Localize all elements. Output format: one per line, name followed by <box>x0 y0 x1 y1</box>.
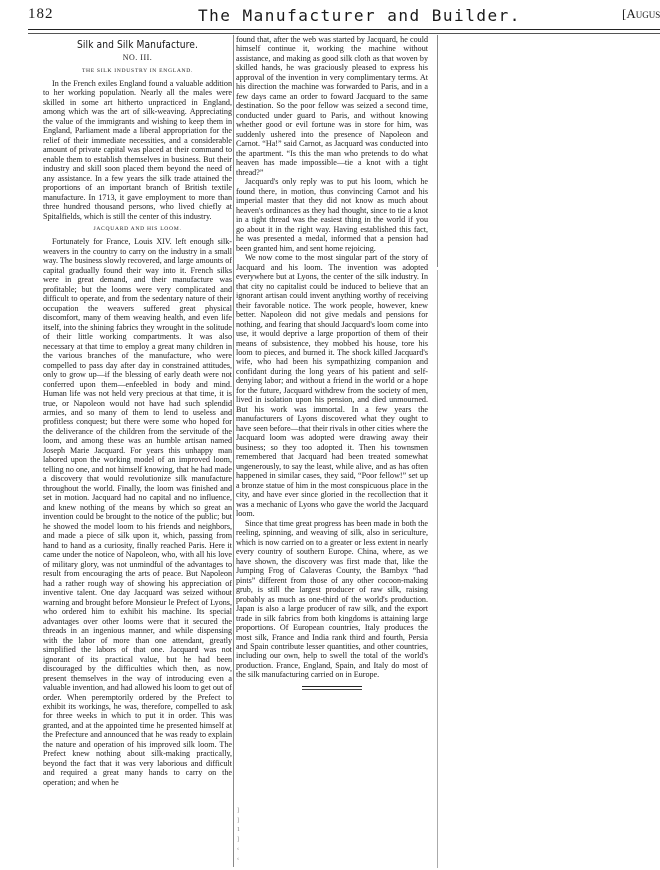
margin-marks: ]]1]‹‹ <box>237 807 240 864</box>
article-title: Silk and Silk Manufacture. <box>54 38 220 52</box>
header-rule <box>28 29 660 34</box>
section-heading-jacquard-loom: JACQUARD AND HIS LOOM. <box>43 225 232 234</box>
column-left: Silk and Silk Manufacture. NO. III. THE … <box>43 35 232 787</box>
column-middle: found that, after the web was started by… <box>236 35 428 690</box>
column-divider <box>233 35 234 867</box>
paragraph: Jacquard's only reply was to put his loo… <box>236 177 428 253</box>
paragraph: In the French exiles England found a val… <box>43 79 232 221</box>
paragraph: found that, after the web was started by… <box>236 35 428 177</box>
page-header: 182 The Manufacturer and Builder. [Augus… <box>28 6 660 28</box>
paragraph: Since that time great progress has been … <box>236 519 428 680</box>
paragraph: Fortunately for France, Louis XIV. left … <box>43 237 232 787</box>
journal-title: The Manufacturer and Builder. <box>198 6 521 25</box>
issue-month: [August, <box>622 6 660 22</box>
column-divider <box>437 35 438 267</box>
article-end-rule <box>302 686 362 690</box>
section-heading-silk-industry-england: THE SILK INDUSTRY IN ENGLAND. <box>43 67 232 76</box>
article-number: NO. III. <box>43 52 232 63</box>
column-divider <box>437 270 438 868</box>
page-number: 182 <box>28 6 54 23</box>
paragraph: We now come to the most singular part of… <box>236 253 428 519</box>
